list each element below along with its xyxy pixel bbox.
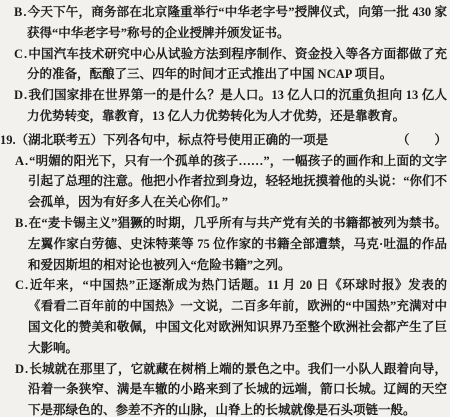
question-18-options-section: B.今天下午，商务部在北京隆重举行“中华老字号”授牌仪式，向第一批 430 家获… — [0, 2, 447, 127]
q19-option-a: A.“明媚的阳光下，只有一个孤单的孩子……”，一幅孩子的画作和上面的文字引起了总… — [0, 151, 447, 213]
question-number: 19. — [0, 133, 16, 147]
q18-option-d: D.我们国家排在世界第一的是什么？是人口。13 亿人口的沉重负担向 13 亿人力… — [0, 85, 447, 127]
option-text: 我们国家排在世界第一的是什么？是人口。13 亿人口的沉重负担向 13 亿人力优势… — [27, 88, 447, 123]
question-19-stem-line: 19.（湖北联考五）下列各句中，标点符号使用正确的一项是 — [0, 130, 328, 151]
question-19-header: 19.（湖北联考五）下列各句中，标点符号使用正确的一项是 （ ） — [0, 130, 447, 151]
question-19-section: 19.（湖北联考五）下列各句中，标点符号使用正确的一项是 （ ） A.“明媚的阳… — [0, 130, 447, 417]
option-text: 长城就在那里了，它就藏在树梢上端的景色之中。我们一小队人跟着向导，沿着一条狭窄、… — [28, 362, 447, 417]
exam-paper-page: B.今天下午，商务部在北京隆重举行“中华老字号”授牌仪式，向第一批 430 家获… — [0, 0, 450, 417]
option-text: 近年来，“中国热”正逐渐成为热门话题。11 月 20 日《环球时报》发表的《看看… — [28, 278, 447, 354]
option-text: 中国汽车技术研究中心从试验方法到程序制作、资金投入等各方面都做了充分的准备，酝酿… — [27, 47, 447, 82]
question-stem: 下列各句中，标点符号使用正确的一项是 — [103, 133, 328, 147]
option-text: 今天下午，商务部在北京隆重举行“中华老字号”授牌仪式，向第一批 430 家获得“… — [27, 5, 447, 40]
question-19-options: A.“明媚的阳光下，只有一个孤单的孩子……”，一幅孩子的画作和上面的文字引起了总… — [0, 151, 447, 417]
option-label: B. — [15, 216, 28, 230]
option-label: C. — [15, 278, 29, 292]
option-label: D. — [14, 88, 28, 102]
option-text: 在“麦卡锡主义”猖獗的时期，几乎所有与共产党有关的书籍都被列为禁书。左翼作家白劳… — [28, 216, 447, 272]
option-text: “明媚的阳光下，只有一个孤单的孩子……”，一幅孩子的画作和上面的文字引起了总理的… — [28, 154, 447, 210]
q18-option-b: B.今天下午，商务部在北京隆重举行“中华老字号”授牌仪式，向第一批 430 家获… — [0, 2, 447, 44]
option-label: A. — [15, 154, 29, 168]
q19-option-c: C.近年来，“中国热”正逐渐成为热门话题。11 月 20 日《环球时报》发表的《… — [0, 275, 447, 358]
option-label: D. — [15, 362, 29, 376]
option-label: C. — [14, 47, 28, 61]
q19-option-d: D.长城就在那里了，它就藏在树梢上端的景色之中。我们一小队人跟着向导，沿着一条狭… — [0, 359, 447, 417]
question-source-tag: （湖北联考五） — [16, 133, 104, 147]
option-label: B. — [14, 5, 27, 19]
answer-brackets: （ ） — [397, 130, 447, 151]
q19-option-b: B.在“麦卡锡主义”猖獗的时期，几乎所有与共产党有关的书籍都被列为禁书。左翼作家… — [0, 213, 447, 275]
q18-option-c: C.中国汽车技术研究中心从试验方法到程序制作、资金投入等各方面都做了充分的准备，… — [0, 44, 447, 86]
